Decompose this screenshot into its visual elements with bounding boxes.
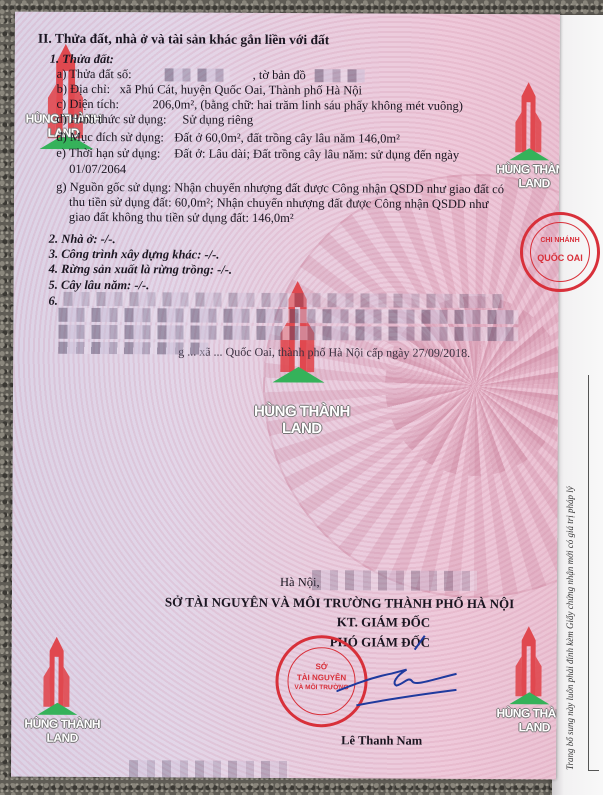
attached-sheet-frame (588, 375, 599, 771)
usage-purpose-value: Đất ở 60,0m², đất trồng cây lâu năm 146,… (174, 130, 400, 145)
area-label: c) Diện tích: (56, 97, 119, 111)
redacted-note-line-4 (58, 342, 208, 355)
note-item: 6. (48, 294, 57, 308)
signer-name: Lê Thanh Nam (341, 733, 422, 747)
note-tail-text: g ... xã ... Quốc Oai, thành phố Hà Nội … (178, 344, 470, 360)
usage-form-label: d) Hình thức sử dụng: (56, 112, 166, 127)
map-sheet-label: , tờ bản đồ (253, 68, 306, 82)
redacted-issue-date (312, 570, 477, 591)
origin-line-3: giao đất không thu tiền sử dụng đất: 146… (69, 210, 294, 225)
usage-term-value: Đất ở: Lâu dài; Đất trồng cây lâu năm: s… (174, 146, 459, 161)
redacted-parcel-number (165, 68, 230, 81)
logo-bars-icon (39, 637, 73, 709)
logo-bars-icon (511, 626, 545, 698)
redacted-registry-number (129, 760, 289, 779)
stamp-inner-ring (530, 222, 590, 282)
other-construction-item: 3. Công trình xây dựng khác: -/-. (49, 247, 220, 262)
attached-sheet-note: Trang bổ sung này luôn phải đính kèm Giấ… (565, 486, 575, 770)
usage-form-value: Sử dụng riêng (182, 112, 253, 126)
planted-forest-item: 4. Rừng sản xuất là rừng trồng: -/-. (49, 262, 233, 277)
origin-line-2: thu tiền sử dụng đất: 60,0m²; Nhận chuyể… (69, 195, 488, 211)
issuer-name: SỞ TÀI NGUYÊN VÀ MÔI TRƯỜNG THÀNH PHỐ HÀ… (165, 595, 514, 611)
perennial-tree-item: 5. Cây lâu năm: -/-. (49, 278, 150, 293)
logo-roof-icon (37, 703, 77, 715)
section-title: II. Thửa đất, nhà ở và tài sản khác gắn … (38, 32, 329, 48)
address-label: b) Địa chỉ: (57, 82, 111, 96)
area-value: 206,0m², (bằng chữ: hai trăm linh sáu ph… (152, 97, 463, 113)
usage-term-label: e) Thời hạn sử dụng: (56, 146, 160, 161)
logo-roof-icon (509, 148, 549, 160)
redacted-note-line-1 (63, 292, 503, 308)
redacted-note-line-2 (58, 308, 518, 324)
redacted-note-line-3 (58, 325, 518, 341)
branch-red-stamp: CHI NHÁNH QUỐC OAI (520, 212, 600, 292)
usage-term-date: 01/07/2064 (69, 162, 126, 176)
redacted-map-sheet (315, 69, 365, 82)
address-value: xã Phú Cát, huyện Quốc Oai, Thành phố Hà… (120, 82, 363, 97)
parcel-number-label: a) Thửa đất số: (57, 67, 132, 81)
origin-line-1: g) Nguồn gốc sử dụng: Nhận chuyển nhượng… (56, 180, 504, 196)
land-certificate-page: HÙNG THÀNH LAND HÙNG THÀNH LAND HÙNG THÀ… (11, 12, 560, 780)
registry-label: Số vào sổ c (71, 775, 126, 780)
house-item: 2. Nhà ở: -/-. (49, 232, 116, 246)
logo-roof-icon (509, 692, 549, 704)
signature-scribble (336, 633, 486, 714)
logo-roof-icon (272, 367, 324, 383)
land-heading: 1. Thửa đất: (50, 52, 114, 66)
logo-bars-icon (511, 82, 545, 154)
branch-stamp-text-1: CHI NHÁNH (523, 237, 597, 244)
usage-purpose-label: đ) Mục đích sử dụng: (56, 130, 164, 145)
branch-stamp-text-2: QUỐC OAI (523, 253, 597, 263)
signer-title-1: KT. GIÁM ĐỐC (337, 615, 430, 629)
